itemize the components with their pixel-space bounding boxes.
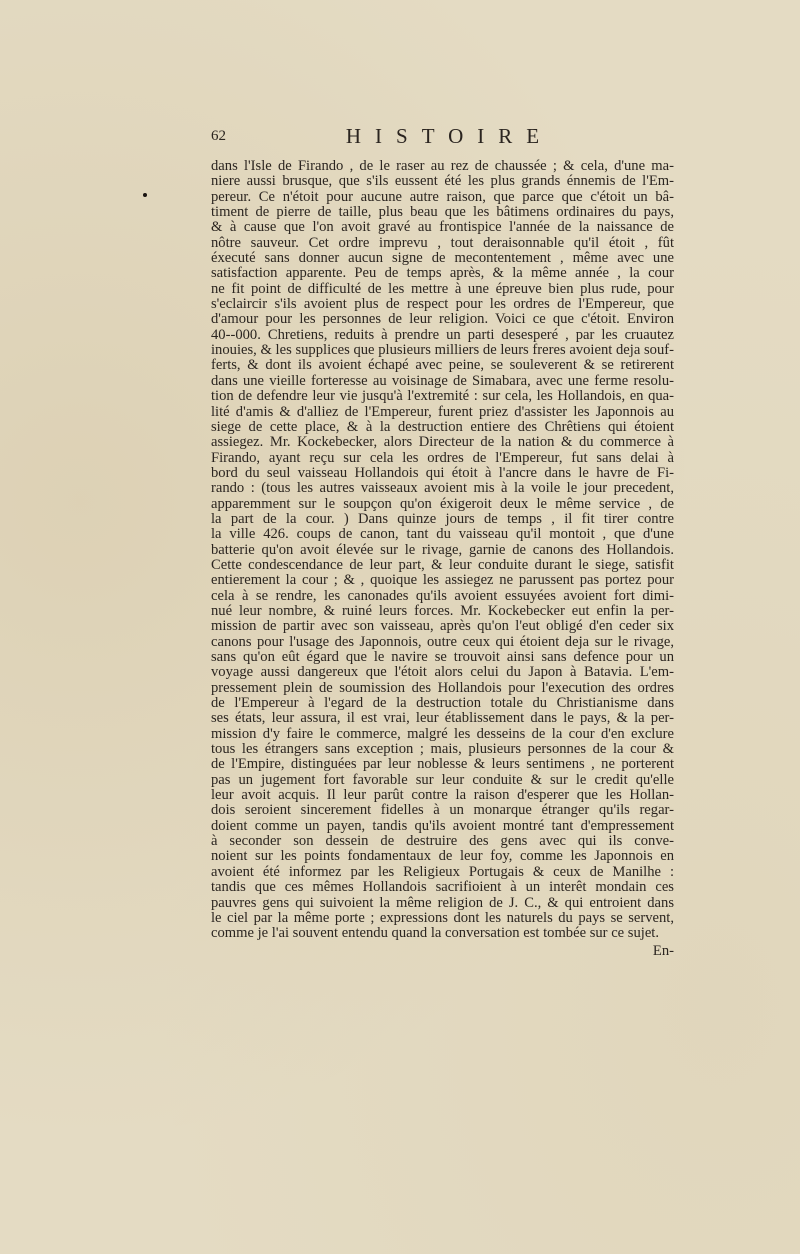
text-line: éxecuté sans donner aucun signe de mecon… <box>211 251 674 266</box>
text-line: bord du seul vaisseau Hollandois qui éto… <box>211 466 674 481</box>
text-line: inouies, & les supplices que plusieurs m… <box>211 343 674 358</box>
ink-spot <box>143 193 147 197</box>
text-line: d'amour pour les personnes de leur relig… <box>211 312 674 327</box>
text-line: niere aussi brusque, que s'ils eussent é… <box>211 174 674 189</box>
text-line: batterie qu'on avoit élevée sur le rivag… <box>211 543 674 558</box>
text-line: à seconder son dessein de destruire des … <box>211 834 674 849</box>
text-line: 40--000. Chretiens, reduits à prendre un… <box>211 328 674 343</box>
text-line: sans qu'on eût égard que le navire se tr… <box>211 650 674 665</box>
text-line: timent de pierre de taille, plus beau qu… <box>211 205 674 220</box>
text-line: cela à se rendre, les canonades qu'ils a… <box>211 589 674 604</box>
text-line: Firando, ayant reçu sur cela les ordres … <box>211 451 674 466</box>
text-line: dois seroient sincerement fidelles à un … <box>211 803 674 818</box>
text-line: dans une vieille forteresse au voisinage… <box>211 374 674 389</box>
text-line: tous les étrangers sans exception ; mais… <box>211 742 674 757</box>
text-line: tion de defendre leur vie jusqu'à l'extr… <box>211 389 674 404</box>
text-line: de l'Empereur à l'egard de la destructio… <box>211 696 674 711</box>
catchword: En- <box>211 944 674 959</box>
text-line: mission de partir avec son vaisseau, apr… <box>211 619 674 634</box>
text-line: comme je l'ai souvent entendu quand la c… <box>211 926 674 941</box>
text-line: lité d'amis & d'alliez de l'Empereur, fu… <box>211 405 674 420</box>
text-line: le ciel par la même porte ; expressions … <box>211 911 674 926</box>
text-line: ferts, & dont ils avoient échapé avec pe… <box>211 358 674 373</box>
text-line: ses états, leur assura, il est vrai, leu… <box>211 711 674 726</box>
text-line: apparemment sur le soupçon qu'on éxigero… <box>211 497 674 512</box>
text-line: nôtre sauveur. Cet ordre imprevu , tout … <box>211 236 674 251</box>
text-line: entierement la cour ; & , quoique les as… <box>211 573 674 588</box>
body-text: dans l'Isle de Firando , de le raser au … <box>211 159 674 942</box>
running-title: HISTOIRE <box>211 124 674 149</box>
text-line: & à cause que l'on avoit gravé au fronti… <box>211 220 674 235</box>
text-line: voyage aussi dangereux que l'étoit alors… <box>211 665 674 680</box>
text-line: s'eclaircir s'ils avoient plus de respec… <box>211 297 674 312</box>
book-page: 62 HISTOIRE dans l'Isle de Firando , de … <box>211 124 674 959</box>
text-line: de l'Empire, distinguées par leur nobles… <box>211 757 674 772</box>
text-line: avoient été informez par les Religieux P… <box>211 865 674 880</box>
text-line: Cette condescendance de leur part, & leu… <box>211 558 674 573</box>
text-line: dans l'Isle de Firando , de le raser au … <box>211 159 674 174</box>
text-line: tandis que ces mêmes Hollandois sacrifio… <box>211 880 674 895</box>
text-line: pauvres gens qui suivoient la même relig… <box>211 896 674 911</box>
text-line: assiegez. Mr. Kockebecker, alors Directe… <box>211 435 674 450</box>
text-line: canons pour l'usage des Japonnois, outre… <box>211 635 674 650</box>
text-line: satisfaction apparente. Peu de temps apr… <box>211 266 674 281</box>
text-line: pas un jugement fort favorable sur leur … <box>211 773 674 788</box>
text-line: ne fit point de difficulté de les mettre… <box>211 282 674 297</box>
text-line: doient comme un payen, tandis qu'ils avo… <box>211 819 674 834</box>
text-line: rando : (tous les autres vaisseaux avoie… <box>211 481 674 496</box>
text-line: siege de cette place, & à la destruction… <box>211 420 674 435</box>
text-line: pereur. Ce n'étoit pour aucune autre rai… <box>211 190 674 205</box>
running-head: 62 HISTOIRE <box>211 124 674 150</box>
text-line: la ville 426. coups de canon, tant du va… <box>211 527 674 542</box>
text-line: mission d'y faire le commerce, malgré le… <box>211 727 674 742</box>
text-line: noient sur les points fondamentaux de le… <box>211 849 674 864</box>
text-line: nué leur nombre, & ruiné leurs forces. M… <box>211 604 674 619</box>
text-line: leur avoit acquis. Il leur parût contre … <box>211 788 674 803</box>
text-line: la part de la cour. ) Dans quinze jours … <box>211 512 674 527</box>
text-line: pressement plein de soumission des Holla… <box>211 681 674 696</box>
